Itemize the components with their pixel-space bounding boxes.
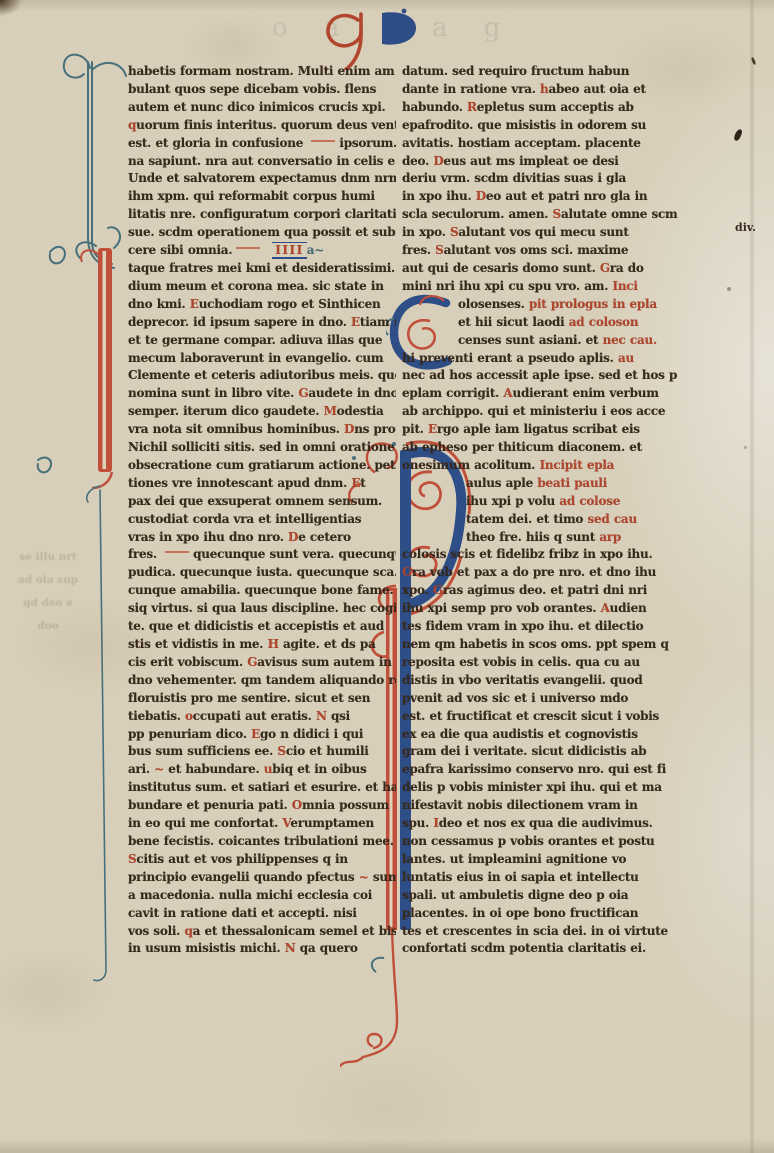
text-segment: eus aut ms impleat oe desi — [443, 154, 618, 168]
manuscript-line: stis et vidistis in me. H agite. et ds p… — [128, 636, 396, 654]
text-segment: distis in vbo veritatis evangelii. quod — [402, 673, 643, 687]
text-segment: cio et humili — [286, 744, 369, 758]
text-segment: R — [467, 100, 477, 114]
text-segment: a macedonia. nulla michi ecclesia coi — [128, 888, 372, 902]
text-segment: nomina sunt in libro vite. — [128, 386, 298, 400]
manuscript-line: ihu xpi semp pro vob orantes. Audien — [402, 600, 728, 618]
text-segment — [165, 551, 189, 558]
text-segment: dno kmi. — [128, 297, 190, 311]
text-segment: pit. — [402, 422, 428, 436]
text-segment: ihu xpi p volu — [466, 494, 559, 508]
text-segment: G — [600, 261, 610, 275]
text-segment: onesimum acolitum. — [402, 458, 540, 472]
text-segment: mnia possum — [302, 798, 389, 812]
text-segment: cavit in ratione dati et accepti. nisi — [128, 906, 357, 920]
text-segment: aulus aple — [466, 476, 537, 490]
manuscript-line: distis in vbo veritatis evangelii. quod — [402, 672, 728, 690]
manuscript-line: semper. iterum dico gaudete. Modestia — [128, 403, 396, 421]
text-segment: epletus sum acceptis ab — [477, 100, 634, 114]
text-segment: taque fratres mei kmi et desideratissimi… — [128, 261, 396, 275]
manuscript-line: ihm xpm. qui reformabit corpus humi — [128, 188, 396, 206]
manuscript-line: xpo. Gras agimus deo. et patri dni nri — [402, 582, 728, 600]
text-segment: cis erit vobiscum. — [128, 655, 247, 669]
manuscript-line: fres. Salutant vos oms sci. maxime — [402, 242, 728, 260]
manuscript-line: deriu vrm. scdm divitias suas i gla — [402, 170, 728, 188]
text-segment: est. et fructificat et crescit sicut i v… — [402, 709, 659, 723]
text-segment: na sapiunt. nra aut conversatio in celis… — [128, 154, 396, 168]
text-segment: ~ — [359, 870, 369, 884]
manuscript-line: principio evangelii quando pfectus ~ sum — [128, 869, 396, 887]
ink-speck — [727, 287, 731, 291]
manuscript-line: epafrodito. que misistis in odorem su — [402, 117, 728, 135]
text-segment: ns prope e. — [354, 422, 396, 436]
text-segment: E — [428, 422, 437, 436]
text-segment: quecunque sunt vera. quecunque — [193, 547, 396, 561]
text-segment: luntatis eius in oi sapia et intellectu — [402, 870, 639, 884]
text-segment: mini nri ihu xpi cu spu vro. am. — [402, 279, 612, 293]
text-segment: olosenses. — [458, 297, 529, 311]
text-segment: xpo. — [402, 583, 433, 597]
text-segment: eplam corrigit. — [402, 386, 503, 400]
text-segment: G — [298, 386, 308, 400]
manuscript-line: quorum finis interitus. quorum deus vent… — [128, 117, 396, 135]
text-segment: M — [324, 404, 337, 418]
text-segment: ipsorum. qui terre — [339, 136, 396, 150]
manuscript-line: est. et gloria in confusione ipsorum. qu… — [128, 135, 396, 153]
text-segment: au — [618, 351, 634, 365]
manuscript-line: ab archippo. qui et ministeriu i eos acc… — [402, 403, 728, 421]
manuscript-line: pit. Ergo aple iam ligatus scribat eis — [402, 421, 728, 439]
text-segment: eo aut et patri nro gla in — [486, 189, 647, 203]
text-segment: udierant enim verbum — [512, 386, 658, 400]
manuscript-line: avitatis. hostiam acceptam. placente — [402, 135, 728, 153]
text-segment: tatem dei. et timo — [466, 512, 588, 526]
text-segment: principio evangelii quando pfectus — [128, 870, 359, 884]
text-segment: a et thessalonicam semel et bis — [193, 924, 396, 938]
manuscript-line: Nichil solliciti sitis. sed in omni orat… — [128, 439, 396, 457]
manuscript-line: luntatis eius in oi sapia et intellectu — [402, 869, 728, 887]
text-segment: obsecratione cum gratiarum actione. peti — [128, 458, 396, 472]
manuscript-line: deo. Deus aut ms impleat oe desi — [402, 153, 728, 171]
text-segment: bene fecistis. coicantes tribulationi me… — [128, 834, 394, 848]
text-segment: deo et nos ex qua die audivimus. — [439, 816, 653, 830]
text-segment: epafrodito. que misistis in odorem su — [402, 118, 646, 132]
manuscript-line: colosis scis et fidelibz fribz in xpo ih… — [402, 546, 728, 564]
text-segment: et hii sicut laodi — [458, 315, 569, 329]
text-segment: censes sunt asiani. et — [458, 333, 603, 347]
manuscript-line: na sapiunt. nra aut conversatio in celis… — [128, 153, 396, 171]
text-segment: pax dei que exsuperat omnem sensum. — [128, 494, 382, 508]
manuscript-line: taque fratres mei kmi et desideratissimi… — [128, 260, 396, 278]
text-segment: ad colose — [559, 494, 620, 508]
text-segment: gram dei i veritate. sicut didicistis ab — [402, 744, 646, 758]
manuscript-line: habundo. Repletus sum acceptis ab — [402, 99, 728, 117]
manuscript-line: nomina sunt in libro vite. Gaudete in dn… — [128, 385, 396, 403]
text-segment: citis aut et vos philippenses q in — [136, 852, 347, 866]
manuscript-line: tiones vre innotescant apud dnm. Et — [128, 475, 396, 493]
text-segment: datum. sed requiro fructum habun — [402, 64, 629, 78]
text-segment: udien — [610, 601, 647, 615]
text-segment: q — [128, 118, 136, 132]
text-segment: D — [344, 422, 354, 436]
manuscript-line: vras in xpo ihu dno nro. De cetero — [128, 529, 396, 547]
text-segment: ad coloson — [569, 315, 639, 329]
manuscript-line: aut qui de cesaris domo sunt. Gra do — [402, 260, 728, 278]
manuscript-line: dno vehementer. qm tandem aliquando re — [128, 672, 396, 690]
text-segment: in eo qui me confortat. — [128, 816, 282, 830]
text-segment: floruistis pro me sentire. sicut et sen — [128, 691, 370, 705]
text-segment: IIII — [272, 242, 306, 259]
manuscript-line: non cessamus p vobis orantes et postu — [402, 833, 728, 851]
text-segment: ari. — [128, 762, 154, 776]
text-segment: ras agimus deo. et patri dni nri — [443, 583, 647, 597]
manuscript-line: vos soli. qa et thessalonicam semel et b… — [128, 923, 396, 941]
manuscript-line: tes fidem vram in xpo ihu. et dilectio — [402, 618, 728, 636]
text-segment: avitatis. hostiam acceptam. placente — [402, 136, 641, 150]
text-segment: siq virtus. si qua laus discipline. hec … — [128, 601, 396, 615]
text-segment: D — [476, 189, 486, 203]
text-segment: litatis nre. configuratum corpori clarit… — [128, 207, 396, 221]
faded-marginal-note: se illu nrtad oia supqd deo edoo — [8, 546, 88, 638]
text-segment: D — [433, 154, 443, 168]
text-segment: a~ — [307, 243, 324, 257]
manuscript-line: dium meum et corona mea. sic state in — [128, 278, 396, 296]
manuscript-line: ihu xpi p volu ad colose — [402, 493, 728, 511]
manuscript-line: hi preventi erant a pseudo aplis. au — [402, 350, 728, 368]
text-segment: cere sibi omnia. — [128, 243, 232, 257]
text-segment: E — [351, 476, 360, 490]
text-segment: nifestavit nobis dilectionem vram in — [402, 798, 638, 812]
text-segment: aut qui de cesaris domo sunt. — [402, 261, 600, 275]
manuscript-line: litatis nre. configuratum corpori clarit… — [128, 206, 396, 224]
text-segment: audete in dno — [308, 386, 396, 400]
text-segment: alutant vos qui mecu sunt — [458, 225, 628, 239]
text-column-left: habetis formam nostram. Multi enim ambul… — [128, 63, 396, 958]
text-segment: Unde et salvatorem expectamus dnm nrm — [128, 171, 396, 185]
p-tail-teal-curl — [372, 958, 384, 972]
manuscript-line: placentes. in oi ope bono fructifican — [402, 905, 728, 923]
penwork-flourish — [38, 55, 126, 473]
text-segment: delis p vobis minister xpi ihu. qui et m… — [402, 780, 662, 794]
text-segment: dno vehementer. qm tandem aliquando re — [128, 673, 396, 687]
manuscript-line: autem et nunc dico inimicos crucis xpi. — [128, 99, 396, 117]
manuscript-line: et te germane compar. adiuva illas que — [128, 332, 396, 350]
text-segment: ~ — [154, 762, 164, 776]
manuscript-line: datum. sed requiro fructum habun — [402, 63, 728, 81]
manuscript-line: tes et crescentes in scia dei. in oi vir… — [402, 923, 728, 941]
manuscript-line: te. que et didicistis et accepistis et a… — [128, 618, 396, 636]
text-segment: vras in xpo ihu dno nro. — [128, 530, 288, 544]
marginal-gloss: div. — [735, 221, 756, 234]
text-segment: institutus sum. et satiari et esurire. e… — [128, 780, 396, 794]
text-segment — [311, 140, 335, 147]
text-segment: bulant quos sepe dicebam vobis. flens — [128, 82, 376, 96]
text-segment: ab epheso per thiticum diaconem. et — [402, 440, 642, 454]
text-segment: cunque amabilia. quecunque bone fame. — [128, 583, 393, 597]
text-segment: ihm xpm. qui reformabit corpus humi — [128, 189, 375, 203]
text-segment: sue. scdm operationem qua possit et subi — [128, 225, 396, 239]
text-segment: alutant vos oms sci. maxime — [444, 243, 629, 257]
faded-note-line: doo — [8, 615, 88, 638]
manuscript-line: ex ea die qua audistis et cognovistis — [402, 726, 728, 744]
manuscript-line: bus sum sufficiens ee. Scio et humili — [128, 743, 396, 761]
manuscript-line: eplam corrigit. Audierant enim verbum — [402, 385, 728, 403]
manuscript-line: bundare et penuria pati. Omnia possum — [128, 797, 396, 815]
text-segment: uorum finis interitus. quorum deus vente… — [136, 118, 396, 132]
ink-speck — [733, 128, 743, 141]
manuscript-line: a macedonia. nulla michi ecclesia coi — [128, 887, 396, 905]
text-segment: ra vob et pax a do pre nro. et dno ihu — [412, 565, 656, 579]
text-segment — [236, 247, 260, 254]
text-segment: bus sum sufficiens ee. — [128, 744, 277, 758]
text-segment: erumptamen — [290, 816, 374, 830]
manuscript-line: bene fecistis. coicantes tribulationi me… — [128, 833, 396, 851]
text-segment: ihu xpi semp pro vob orantes. — [402, 601, 601, 615]
manuscript-line: obsecratione cum gratiarum actione. peti — [128, 457, 396, 475]
text-segment: in xpo. — [402, 225, 450, 239]
text-segment: E — [251, 727, 260, 741]
manuscript-line: siq virtus. si qua laus discipline. hec … — [128, 600, 396, 618]
manuscript-line: olosenses. pit prologus in epla — [402, 296, 728, 314]
text-segment: N — [285, 941, 296, 955]
text-segment: et habundare. — [164, 762, 264, 776]
running-header-art: o a a g — [262, 0, 502, 70]
text-segment: abeo aut oia et — [548, 82, 645, 96]
manuscript-line: pp penuriam dico. Ego n didici i qui — [128, 726, 396, 744]
text-segment: N — [316, 709, 327, 723]
manuscript-line: dante in ratione vra. habeo aut oia et — [402, 81, 728, 99]
text-segment: O — [292, 798, 302, 812]
manuscript-line: Gra vob et pax a do pre nro. et dno ihu — [402, 564, 728, 582]
manuscript-line: habetis formam nostram. Multi enim am — [128, 63, 396, 81]
text-column-right: datum. sed requiro fructum habundante in… — [402, 63, 728, 958]
manuscript-page: A D o a a g — [0, 0, 774, 1153]
manuscript-line: Clemente et ceteris adiutoribus meis. qu… — [128, 367, 396, 385]
manuscript-line: reposita est vobis in celis. qua cu au — [402, 654, 728, 672]
text-segment: pvenit ad vos sic et i universo mdo — [402, 691, 628, 705]
text-segment: theo fre. hiis q sunt — [466, 530, 599, 544]
manuscript-line: spali. ut ambuletis digne deo p oia — [402, 887, 728, 905]
left-margin-penwork — [30, 40, 130, 1000]
text-segment: in usum misistis michi. — [128, 941, 285, 955]
text-segment: stis et vidistis in me. — [128, 637, 268, 651]
manuscript-line: mini nri ihu xpi cu spu vro. am. Inci — [402, 278, 728, 296]
text-segment: arp — [599, 530, 621, 544]
manuscript-line: cavit in ratione dati et accepti. nisi — [128, 905, 396, 923]
text-segment: pit prologus in epla — [529, 297, 657, 311]
manuscript-line: institutus sum. et satiari et esurire. e… — [128, 779, 396, 797]
text-segment: S — [553, 207, 561, 221]
text-segment: bundare et penuria pati. — [128, 798, 292, 812]
manuscript-line: est. et fructificat et crescit sicut i v… — [402, 708, 728, 726]
text-segment: reposita est vobis in celis. qua cu au — [402, 655, 640, 669]
text-segment: u — [264, 762, 272, 776]
manuscript-line: tiebatis. occupati aut eratis. N qsi — [128, 708, 396, 726]
text-segment: sum — [369, 870, 396, 884]
initial-i-itaque — [81, 248, 112, 488]
text-segment: Clemente et ceteris adiutoribus meis. qu… — [128, 368, 396, 382]
manuscript-line: delis p vobis minister xpi ihu. qui et m… — [402, 779, 728, 797]
manuscript-line: in xpo ihu. Deo aut et patri nro gla in — [402, 188, 728, 206]
manuscript-line: deprecor. id ipsum sapere in dno. Etiam … — [128, 314, 396, 332]
header-letter-d-blue-icon — [382, 9, 416, 45]
text-segment: odestia — [337, 404, 384, 418]
text-segment: sed cau — [588, 512, 637, 526]
text-segment: autem et nunc dico inimicos crucis xpi. — [128, 100, 385, 114]
manuscript-line: pudica. quecunque iusta. quecunque sca. … — [128, 564, 396, 582]
manuscript-line: nem qm habetis in scos oms. ppt spem q — [402, 636, 728, 654]
text-segment: ab archippo. qui et ministeriu i eos acc… — [402, 404, 665, 418]
manuscript-line: onesimum acolitum. Incipit epla — [402, 457, 728, 475]
text-segment: deo. — [402, 154, 433, 168]
text-segment: G — [402, 565, 412, 579]
faded-note-line: se illu nrt — [8, 546, 88, 569]
text-segment: ra do — [610, 261, 644, 275]
manuscript-line: fres. quecunque sunt vera. quecunque — [128, 546, 396, 564]
penwork-tail — [87, 486, 106, 981]
manuscript-line: ari. ~ et habundare. ubiq et in oibus — [128, 761, 396, 779]
text-segment: deprecor. id ipsum sapere in dno. — [128, 315, 351, 329]
manuscript-line: ab epheso per thiticum diaconem. et — [402, 439, 728, 457]
text-segment: tes fidem vram in xpo ihu. et dilectio — [402, 619, 643, 633]
ink-speck — [744, 446, 747, 449]
manuscript-line: sue. scdm operationem qua possit et subi — [128, 224, 396, 242]
text-segment: nec cau. — [603, 333, 657, 347]
manuscript-line: floruistis pro me sentire. sicut et sen — [128, 690, 396, 708]
manuscript-line: Unde et salvatorem expectamus dnm nrm — [128, 170, 396, 188]
text-segment: habundo. — [402, 100, 467, 114]
text-segment: D — [288, 530, 298, 544]
text-segment: H — [268, 637, 279, 651]
text-segment: vos soli. — [128, 924, 184, 938]
text-segment: t — [360, 476, 365, 490]
text-segment: scla seculorum. amen. — [402, 207, 553, 221]
text-segment: Inci — [612, 279, 637, 293]
manuscript-line: pax dei que exsuperat omnem sensum. — [128, 493, 396, 511]
text-segment: o — [185, 709, 193, 723]
manuscript-line: in eo qui me confortat. Verumptamen — [128, 815, 396, 833]
text-segment: rgo aple iam ligatus scribat eis — [437, 422, 640, 436]
text-segment: ccupati aut eratis. — [193, 709, 316, 723]
text-segment: agite. et ds pa — [279, 637, 376, 651]
text-segment: deriu vrm. scdm divitias suas i gla — [402, 171, 626, 185]
text-segment: habetis formam nostram. Multi enim am — [128, 64, 394, 78]
text-segment: colosis scis et fidelibz fribz in xpo ih… — [402, 547, 652, 561]
text-segment: G — [433, 583, 443, 597]
manuscript-line: cunque amabilia. quecunque bone fame. — [128, 582, 396, 600]
text-segment: avisus sum autem in — [257, 655, 391, 669]
text-segment: Nichil solliciti sitis. sed in omni orat… — [128, 440, 396, 454]
text-segment: qa quero — [295, 941, 357, 955]
text-segment: go n didici i qui — [260, 727, 363, 741]
text-segment: semper. iterum dico gaudete. — [128, 404, 324, 418]
manuscript-line: tatem dei. et timo sed cau — [402, 511, 728, 529]
text-segment: S — [435, 243, 443, 257]
text-segment: placentes. in oi ope bono fructifican — [402, 906, 638, 920]
faded-note-line: qd deo e — [8, 592, 88, 615]
text-segment: nem qm habetis in scos oms. ppt spem q — [402, 637, 669, 651]
manuscript-line: censes sunt asiani. et nec cau. — [402, 332, 728, 350]
manuscript-line: vra nota sit omnibus hominibus. Dns prop… — [128, 421, 396, 439]
text-segment: G — [247, 655, 257, 669]
manuscript-line: spu. Ideo et nos ex qua die audivimus. — [402, 815, 728, 833]
text-segment: tiones vre innotescant apud dnm. — [128, 476, 351, 490]
text-segment: lantes. ut impleamini agnitione vo — [402, 852, 626, 866]
ghost-letters-right: a g — [432, 13, 502, 43]
text-segment: uchodiam rogo et Sinthicen — [199, 297, 381, 311]
text-segment: A — [601, 601, 610, 615]
text-segment: custodiat corda vra et intelligentias — [128, 512, 361, 526]
manuscript-line: cis erit vobiscum. Gavisus sum autem in — [128, 654, 396, 672]
text-segment: pp penuriam dico. — [128, 727, 251, 741]
text-segment: ex ea die qua audistis et cognovistis — [402, 727, 638, 741]
text-segment: nec ad hos accessit aple ipse. sed et ho… — [402, 368, 677, 382]
manuscript-line: dno kmi. Euchodiam rogo et Sinthicen — [128, 296, 396, 314]
text-segment: epafra karissimo conservo nro. qui est f… — [402, 762, 666, 776]
text-segment: mecum laboraverunt in evangelio. cum — [128, 351, 383, 365]
text-segment: spu. — [402, 816, 433, 830]
text-segment: te. que et didicistis et accepistis et a… — [128, 619, 384, 633]
text-segment: S — [277, 744, 285, 758]
text-segment: et te germane compar. adiuva illas que — [128, 333, 382, 347]
text-segment: vra nota sit omnibus hominibus. — [128, 422, 344, 436]
text-segment: fres. — [128, 547, 161, 561]
text-segment: pudica. quecunque iusta. quecunque sca. … — [128, 565, 396, 579]
text-segment: tiam rogo — [360, 315, 396, 329]
manuscript-line: theo fre. hiis q sunt arp — [402, 529, 728, 547]
manuscript-line: in xpo. Salutant vos qui mecu sunt — [402, 224, 728, 242]
text-segment: tiebatis. — [128, 709, 185, 723]
text-segment: dante in ratione vra. — [402, 82, 540, 96]
running-header: A D o a a g — [262, 0, 502, 70]
manuscript-line: scla seculorum. amen. Salutate omne scm — [402, 206, 728, 224]
text-segment: biq et in oibus — [272, 762, 366, 776]
manuscript-line: et hii sicut laodi ad coloson — [402, 314, 728, 332]
text-segment: E — [190, 297, 199, 311]
manuscript-line: cere sibi omnia.IIIIa~ — [128, 242, 396, 260]
manuscript-line: custodiat corda vra et intelligentias — [128, 511, 396, 529]
text-segment: tes et crescentes in scia dei. in oi vir… — [402, 924, 668, 938]
manuscript-line: nec ad hos accessit aple ipse. sed et ho… — [402, 367, 728, 385]
text-segment: spali. ut ambuletis digne deo p oia — [402, 888, 628, 902]
faded-note-line: ad oia sup — [8, 569, 88, 592]
text-segment: Incipit epla — [540, 458, 615, 472]
text-segment: est. et gloria in confusione — [128, 136, 307, 150]
text-segment: q — [184, 924, 192, 938]
text-segment: qsi — [327, 709, 350, 723]
text-segment: beati pauli — [537, 476, 607, 490]
text-segment: dium meum et corona mea. sic state in — [128, 279, 384, 293]
manuscript-line: gram dei i veritate. sicut didicistis ab — [402, 743, 728, 761]
manuscript-line: in usum misistis michi. N qa quero — [128, 940, 396, 958]
manuscript-line: mecum laboraverunt in evangelio. cum — [128, 350, 396, 368]
ink-speck — [751, 57, 757, 66]
text-segment: hi preventi erant a pseudo aplis. — [402, 351, 618, 365]
text-segment: in xpo ihu. — [402, 189, 476, 203]
text-segment: alutate omne scm — [561, 207, 678, 221]
manuscript-line: epafra karissimo conservo nro. qui est f… — [402, 761, 728, 779]
manuscript-line: pvenit ad vos sic et i universo mdo — [402, 690, 728, 708]
manuscript-line: lantes. ut impleamini agnitione vo — [402, 851, 728, 869]
text-segment: non cessamus p vobis orantes et postu — [402, 834, 655, 848]
text-segment: e cetero — [298, 530, 351, 544]
manuscript-line: nifestavit nobis dilectionem vram in — [402, 797, 728, 815]
manuscript-line: confortati scdm potentia claritatis ei. — [402, 940, 728, 958]
manuscript-line: bulant quos sepe dicebam vobis. flens — [128, 81, 396, 99]
text-segment: confortati scdm potentia claritatis ei. — [402, 941, 646, 955]
text-segment: E — [351, 315, 360, 329]
text-segment: fres. — [402, 243, 435, 257]
